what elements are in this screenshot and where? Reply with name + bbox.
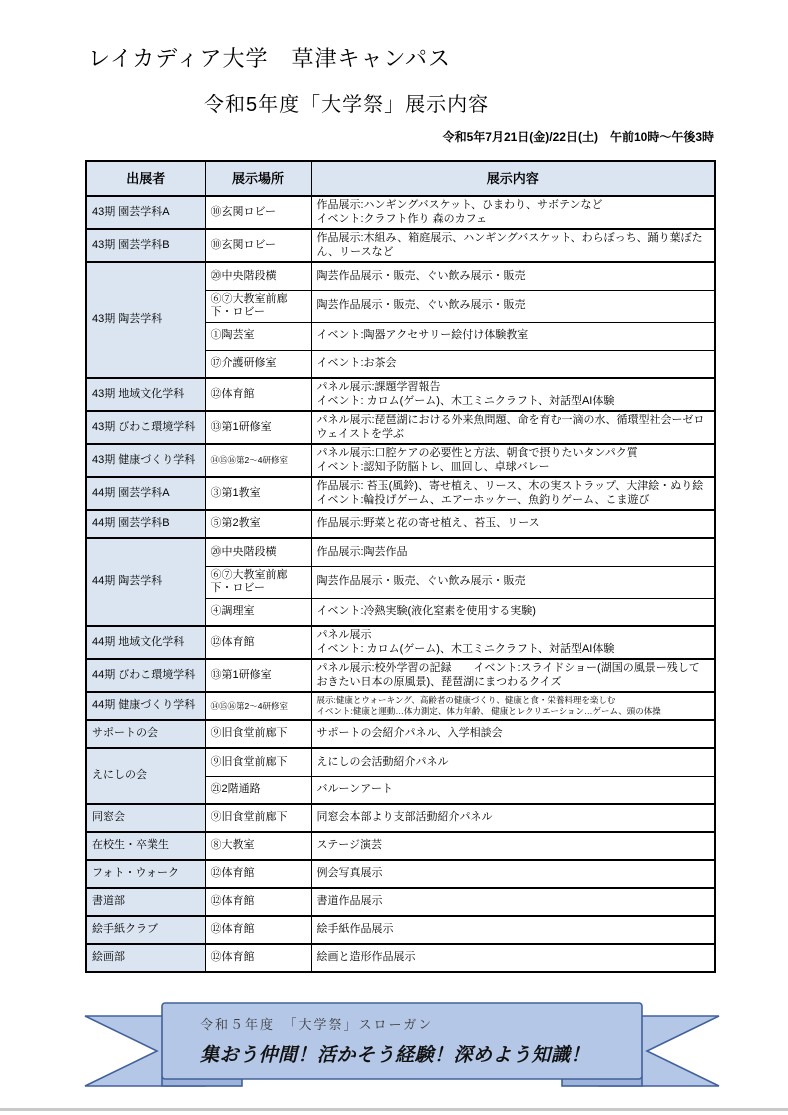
- exhibitor-cell: えにしの会: [86, 748, 205, 804]
- place-cell: ③第1教室: [205, 477, 311, 510]
- place-cell: ⑩玄関ロビー: [205, 196, 311, 229]
- table-row: 43期 園芸学科A⑩玄関ロビー作品展示:ハンギングバスケット、ひまわり、サボテン…: [86, 196, 715, 229]
- content-cell: 作品展示: 苔玉(風鈴)、寄せ植え、リース、木の実ストラップ、大津絵・ぬり絵 イ…: [311, 477, 715, 510]
- exhibitor-cell: 44期 園芸学科A: [86, 477, 205, 510]
- exhibitor-cell: 書道部: [86, 888, 205, 916]
- content-cell: 作品展示:木組み、箱庭展示、ハンギングバスケット、わらぼっち、踊り葉ぼたん、リー…: [311, 229, 715, 262]
- place-cell: ④調理室: [205, 598, 311, 626]
- content-cell: 陶芸作品展示・販売、ぐい飲み展示・販売: [311, 290, 715, 322]
- event-date-line: 令和5年7月21日(金)/22日(土) 午前10時～午後3時: [443, 128, 714, 145]
- table-row: えにしの会⑨旧食堂前廊下えにしの会活動紹介パネル: [86, 748, 715, 776]
- table-row: 44期 陶芸学科⑳中央階段横作品展示:陶芸作品: [86, 538, 715, 566]
- content-cell: パネル展示:琵琶湖における外来魚問題、命を育む一滴の水、循環型社会ーゼロウェイス…: [311, 411, 715, 444]
- col-header-exhibitor: 出展者: [86, 161, 205, 196]
- content-cell: パネル展示:校外学習の記録 イベント:スライドショー(湖国の風景ー残しておきたい…: [311, 659, 715, 692]
- place-cell: ⑥⑦大教室前廊下・ロビー: [205, 566, 311, 598]
- exhibit-table: 出展者 展示場所 展示内容 43期 園芸学科A⑩玄関ロビー作品展示:ハンギングバ…: [85, 160, 716, 973]
- content-cell: イベント:お茶会: [311, 350, 715, 378]
- ribbon-text-block: 令和５年度 「大学祭」スローガン 集おう仲間！活かそう経験！深めよう知識！: [162, 1003, 642, 1079]
- table-row: 44期 びわこ環境学科⑬第1研修室パネル展示:校外学習の記録 イベント:スライド…: [86, 659, 715, 692]
- content-cell: 陶芸作品展示・販売、ぐい飲み展示・販売: [311, 262, 715, 290]
- place-cell: ⑭⑮⑯第2～4研修室: [205, 692, 311, 720]
- exhibitor-cell: 43期 健康づくり学科: [86, 444, 205, 477]
- place-cell: ⑩玄関ロビー: [205, 229, 311, 262]
- content-cell: 作品展示:野菜と花の寄せ植え、苔玉、リース: [311, 510, 715, 538]
- table-row: 43期 地域文化学科⑫体育館パネル展示:課題学習報告 イベント: カロム(ゲーム…: [86, 378, 715, 411]
- col-header-place: 展示場所: [205, 161, 311, 196]
- content-cell: えにしの会活動紹介パネル: [311, 748, 715, 776]
- slogan-text: 集おう仲間！活かそう経験！深めよう知識！: [200, 1040, 642, 1067]
- place-cell: ⑫体育館: [205, 916, 311, 944]
- place-cell: ⑫体育館: [205, 626, 311, 659]
- page-edge-line: [0, 1108, 788, 1111]
- exhibitor-cell: 43期 園芸学科B: [86, 229, 205, 262]
- content-cell: 作品展示:陶芸作品: [311, 538, 715, 566]
- place-cell: ⑫体育館: [205, 944, 311, 972]
- table-row: 43期 びわこ環境学科⑬第1研修室パネル展示:琵琶湖における外来魚問題、命を育む…: [86, 411, 715, 444]
- place-cell: ⑳中央階段横: [205, 262, 311, 290]
- table-row: 同窓会⑨旧食堂前廊下同窓会本部より支部活動紹介パネル: [86, 804, 715, 832]
- content-cell: バルーンアート: [311, 776, 715, 804]
- place-cell: ⑥⑦大教室前廊下・ロビー: [205, 290, 311, 322]
- exhibitor-cell: 44期 びわこ環境学科: [86, 659, 205, 692]
- table-row: 書道部⑫体育館書道作品展示: [86, 888, 715, 916]
- table-row: 43期 健康づくり学科⑭⑮⑯第2～4研修室パネル展示:口腔ケアの必要性と方法、朝…: [86, 444, 715, 477]
- content-cell: 同窓会本部より支部活動紹介パネル: [311, 804, 715, 832]
- content-cell: ステージ演芸: [311, 832, 715, 860]
- exhibitor-cell: 絵手紙クラブ: [86, 916, 205, 944]
- table-row: 在校生・卒業生⑧大教室ステージ演芸: [86, 832, 715, 860]
- exhibitor-cell: フォト・ウォーク: [86, 860, 205, 888]
- place-cell: ⑬第1研修室: [205, 659, 311, 692]
- place-cell: ⑨旧食堂前廊下: [205, 804, 311, 832]
- content-cell: パネル展示:口腔ケアの必要性と方法、朝食で摂りたいタンパク質 イベント:認知予防…: [311, 444, 715, 477]
- place-cell: ①陶芸室: [205, 322, 311, 350]
- content-cell: 陶芸作品展示・販売、ぐい飲み展示・販売: [311, 566, 715, 598]
- table-row: 43期 園芸学科B⑩玄関ロビー作品展示:木組み、箱庭展示、ハンギングバスケット、…: [86, 229, 715, 262]
- content-cell: パネル展示:課題学習報告 イベント: カロム(ゲーム)、木工ミニクラフト、対話型…: [311, 378, 715, 411]
- table-row: 44期 健康づくり学科⑭⑮⑯第2～4研修室展示:健康とウォーキング、高齢者の健康…: [86, 692, 715, 720]
- place-cell: ⑨旧食堂前廊下: [205, 720, 311, 748]
- table-row: 43期 陶芸学科⑳中央階段横陶芸作品展示・販売、ぐい飲み展示・販売: [86, 262, 715, 290]
- exhibitor-cell: 在校生・卒業生: [86, 832, 205, 860]
- table-row: 44期 地域文化学科⑫体育館パネル展示 イベント: カロム(ゲーム)、木工ミニク…: [86, 626, 715, 659]
- exhibitor-cell: 同窓会: [86, 804, 205, 832]
- place-cell: ㉑2階通路: [205, 776, 311, 804]
- exhibitor-cell: 絵画部: [86, 944, 205, 972]
- content-cell: 書道作品展示: [311, 888, 715, 916]
- exhibitor-cell: 44期 園芸学科B: [86, 510, 205, 538]
- place-cell: ⑤第2教室: [205, 510, 311, 538]
- table-row: フォト・ウォーク⑫体育館例会写真展示: [86, 860, 715, 888]
- content-cell: 作品展示:ハンギングバスケット、ひまわり、サボテンなど イベント:クラフト作り …: [311, 196, 715, 229]
- place-cell: ⑫体育館: [205, 860, 311, 888]
- place-cell: ⑧大教室: [205, 832, 311, 860]
- table-row: 絵手紙クラブ⑫体育館絵手紙作品展示: [86, 916, 715, 944]
- place-cell: ⑰介護研修室: [205, 350, 311, 378]
- page-title: レイカディア大学 草津キャンパス: [88, 42, 451, 73]
- content-cell: 例会写真展示: [311, 860, 715, 888]
- content-cell: 絵手紙作品展示: [311, 916, 715, 944]
- content-cell: パネル展示 イベント: カロム(ゲーム)、木工ミニクラフト、対話型AI体験: [311, 626, 715, 659]
- content-cell: 展示:健康とウォーキング、高齢者の健康づくり、健康と食・栄養料理を楽しむ イベン…: [311, 692, 715, 720]
- col-header-content: 展示内容: [311, 161, 715, 196]
- page-subtitle: 令和5年度「大学祭」展示内容: [204, 88, 489, 117]
- exhibitor-cell: 44期 地域文化学科: [86, 626, 205, 659]
- content-cell: サポートの会紹介パネル、入学相談会: [311, 720, 715, 748]
- exhibitor-cell: 43期 地域文化学科: [86, 378, 205, 411]
- place-cell: ⑫体育館: [205, 888, 311, 916]
- table-row: サポートの会⑨旧食堂前廊下サポートの会紹介パネル、入学相談会: [86, 720, 715, 748]
- content-cell: 絵画と造形作品展示: [311, 944, 715, 972]
- exhibitor-cell: 44期 健康づくり学科: [86, 692, 205, 720]
- content-cell: イベント:陶器アクセサリー絵付け体験教室: [311, 322, 715, 350]
- table-row: 44期 園芸学科A③第1教室作品展示: 苔玉(風鈴)、寄せ植え、リース、木の実ス…: [86, 477, 715, 510]
- table-header-row: 出展者 展示場所 展示内容: [86, 161, 715, 196]
- place-cell: ⑳中央階段横: [205, 538, 311, 566]
- exhibitor-cell: 43期 陶芸学科: [86, 262, 205, 378]
- place-cell: ⑭⑮⑯第2～4研修室: [205, 444, 311, 477]
- content-cell: イベント:冷熱実験(液化窒素を使用する実験): [311, 598, 715, 626]
- table-row: 44期 園芸学科B⑤第2教室作品展示:野菜と花の寄せ植え、苔玉、リース: [86, 510, 715, 538]
- exhibitor-cell: 44期 陶芸学科: [86, 538, 205, 626]
- place-cell: ⑬第1研修室: [205, 411, 311, 444]
- table-row: 絵画部⑫体育館絵画と造形作品展示: [86, 944, 715, 972]
- exhibitor-cell: 43期 園芸学科A: [86, 196, 205, 229]
- place-cell: ⑨旧食堂前廊下: [205, 748, 311, 776]
- slogan-caption: 令和５年度 「大学祭」スローガン: [200, 1014, 642, 1033]
- exhibitor-cell: サポートの会: [86, 720, 205, 748]
- place-cell: ⑫体育館: [205, 378, 311, 411]
- exhibitor-cell: 43期 びわこ環境学科: [86, 411, 205, 444]
